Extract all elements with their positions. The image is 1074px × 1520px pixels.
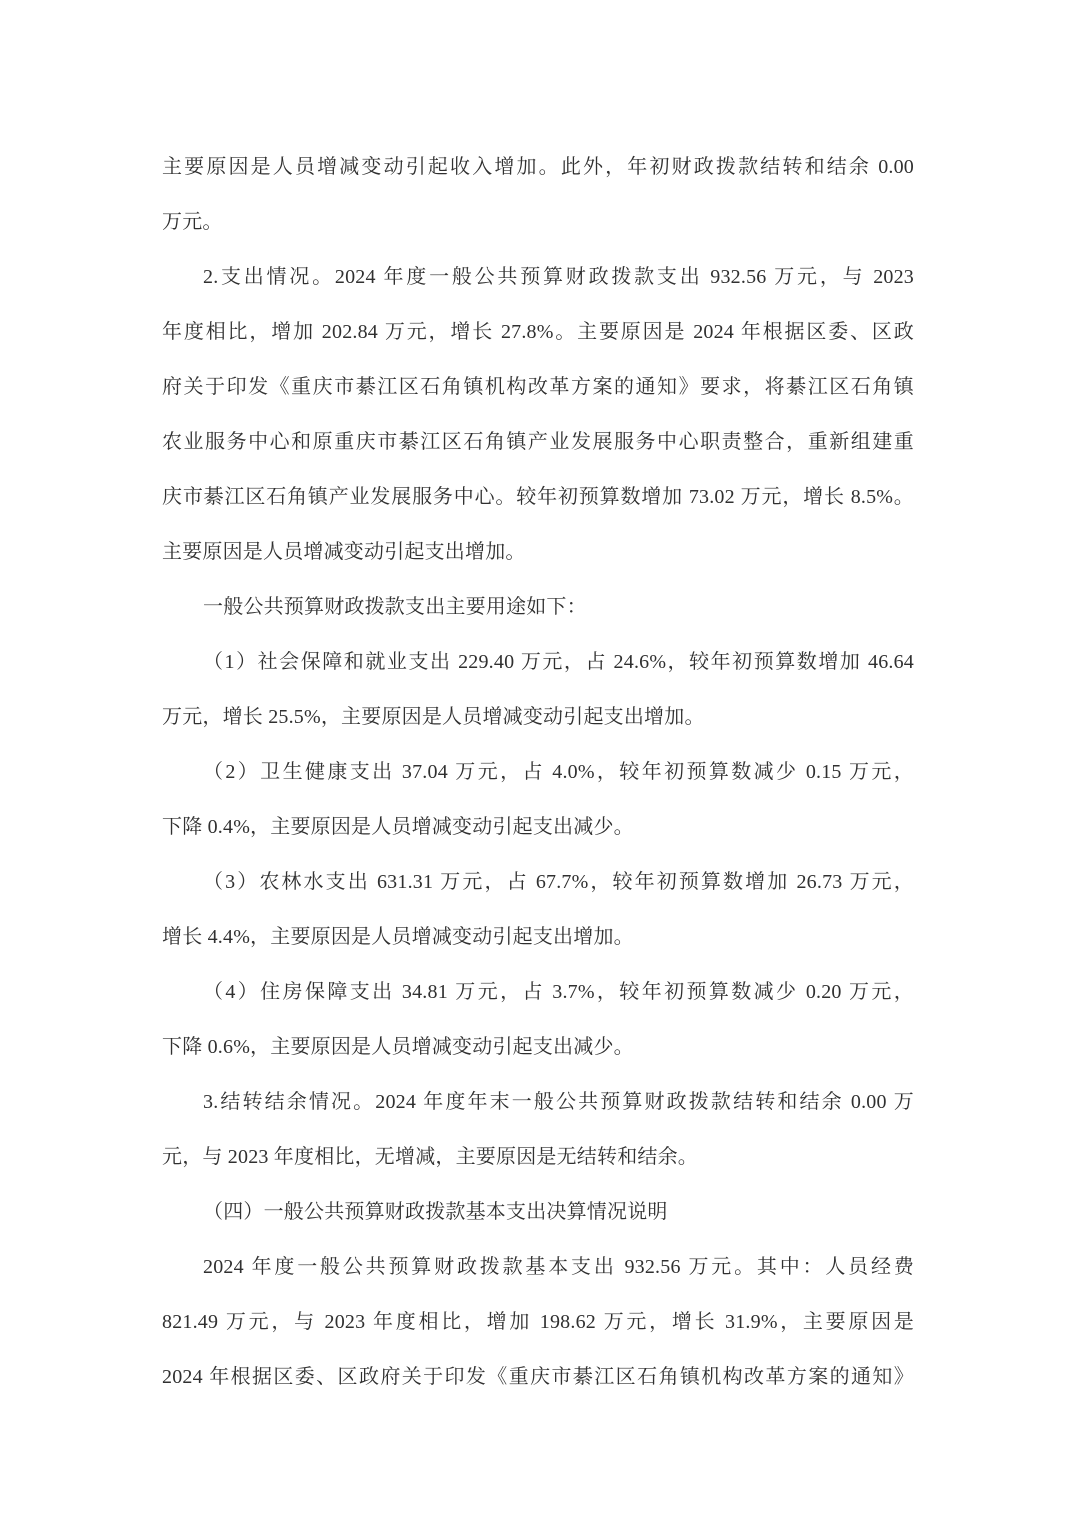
text-line: 821.49 万元，与 2023 年度相比，增加 198.62 万元，增长 31… (162, 1295, 914, 1350)
paragraph-usage-intro: 一般公共预算财政拨款支出主要用途如下： (162, 580, 914, 635)
text-line: 一般公共预算财政拨款支出主要用途如下： (162, 580, 914, 635)
text-line: 下降 0.4%，主要原因是人员增减变动引起支出减少。 (162, 800, 914, 855)
paragraph-item-2-health: （2）卫生健康支出 37.04 万元，占 4.0%，较年初预算数减少 0.15 … (162, 745, 914, 855)
text-line: 下降 0.6%，主要原因是人员增减变动引起支出减少。 (162, 1020, 914, 1075)
document-page: 主要原因是人员增减变动引起收入增加。此外，年初财政拨款结转和结余 0.00 万元… (0, 0, 1074, 1520)
text-line: 增长 4.4%，主要原因是人员增减变动引起支出增加。 (162, 910, 914, 965)
text-line: 2024 年根据区委、区政府关于印发《重庆市綦江区石角镇机构改革方案的通知》 (162, 1350, 914, 1405)
text-line: 万元，增长 25.5%，主要原因是人员增减变动引起支出增加。 (162, 690, 914, 745)
text-line: 3.结转结余情况。2024 年度年末一般公共预算财政拨款结转和结余 0.00 万 (162, 1075, 914, 1130)
paragraph-item-4-housing: （4）住房保障支出 34.81 万元，占 3.7%，较年初预算数减少 0.20 … (162, 965, 914, 1075)
text-line: 年度相比，增加 202.84 万元，增长 27.8%。主要原因是 2024 年根… (162, 305, 914, 360)
text-line: （1）社会保障和就业支出 229.40 万元，占 24.6%，较年初预算数增加 … (162, 635, 914, 690)
text-line: 主要原因是人员增减变动引起收入增加。此外，年初财政拨款结转和结余 0.00 (162, 140, 914, 195)
text-line: 主要原因是人员增减变动引起支出增加。 (162, 525, 914, 580)
text-line: 庆市綦江区石角镇产业发展服务中心。较年初预算数增加 73.02 万元，增长 8.… (162, 470, 914, 525)
paragraph-item-1-social-security: （1）社会保障和就业支出 229.40 万元，占 24.6%，较年初预算数增加 … (162, 635, 914, 745)
text-line: （四）一般公共预算财政拨款基本支出决算情况说明 (162, 1185, 914, 1240)
paragraph-expenditure-situation: 2.支出情况。2024 年度一般公共预算财政拨款支出 932.56 万元，与 2… (162, 250, 914, 580)
paragraph-income-reason-continuation: 主要原因是人员增减变动引起收入增加。此外，年初财政拨款结转和结余 0.00 万元… (162, 140, 914, 250)
paragraph-section-4-heading: （四）一般公共预算财政拨款基本支出决算情况说明 (162, 1185, 914, 1240)
text-line: 农业服务中心和原重庆市綦江区石角镇产业发展服务中心职责整合，重新组建重 (162, 415, 914, 470)
text-line: 2.支出情况。2024 年度一般公共预算财政拨款支出 932.56 万元，与 2… (162, 250, 914, 305)
text-line: 2024 年度一般公共预算财政拨款基本支出 932.56 万元。其中：人员经费 (162, 1240, 914, 1295)
text-line: 万元。 (162, 195, 914, 250)
paragraph-item-3-agriculture-forestry-water: （3）农林水支出 631.31 万元，占 67.7%，较年初预算数增加 26.7… (162, 855, 914, 965)
text-line: 元，与 2023 年度相比，无增减，主要原因是无结转和结余。 (162, 1130, 914, 1185)
text-line: （4）住房保障支出 34.81 万元，占 3.7%，较年初预算数减少 0.20 … (162, 965, 914, 1020)
paragraph-basic-expenditure: 2024 年度一般公共预算财政拨款基本支出 932.56 万元。其中：人员经费 … (162, 1240, 914, 1405)
paragraph-carryover-balance: 3.结转结余情况。2024 年度年末一般公共预算财政拨款结转和结余 0.00 万… (162, 1075, 914, 1185)
text-line: （3）农林水支出 631.31 万元，占 67.7%，较年初预算数增加 26.7… (162, 855, 914, 910)
text-line: （2）卫生健康支出 37.04 万元，占 4.0%，较年初预算数减少 0.15 … (162, 745, 914, 800)
text-line: 府关于印发《重庆市綦江区石角镇机构改革方案的通知》要求，将綦江区石角镇 (162, 360, 914, 415)
